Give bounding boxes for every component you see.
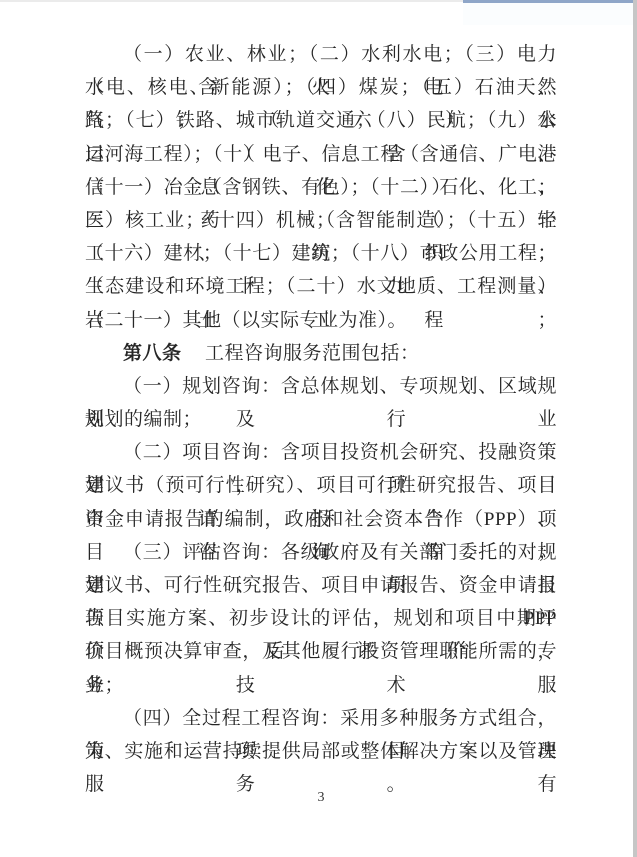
text-line: 资金申请报告的编制，政府和社会资本合作（PPP）项目咨询等；	[85, 503, 557, 536]
text-line: （四）全过程工程咨询：采用多种服务方式组合，为项目决	[85, 702, 557, 735]
text-line: 水电、核电、新能源）；（四）煤炭；（五）石油天然气；（六）公	[85, 71, 557, 104]
document-page: （一）农业、林业；（二）水利水电；（三）电力（含火电、水电、核电、新能源）；（四…	[0, 0, 637, 857]
text-line: 生态建设和环境工程；（二十）水文地质、工程测量、岩土工程；	[85, 270, 557, 303]
text-line: （十六）建材；（十七）建筑；（十八）市政公用工程；（十九）	[85, 237, 557, 270]
article-number: 第八条	[123, 343, 182, 364]
text-line: 口河海工程）；（十）电子、信息工程（含通信、广电、信息化）；	[85, 138, 557, 171]
text-line: 三）核工业；（十四）机械（含智能制造）；（十五）轻工、纺织；	[85, 204, 557, 237]
text-line: 路；（七）铁路、城市轨道交通；（八）民航；（九）水运（含港	[85, 104, 557, 137]
text-line: （三）评估咨询：各级政府及有关部门委托的对规划、项目	[85, 536, 557, 569]
page-number: 3	[85, 790, 557, 806]
text-line: （一）规划咨询：含总体规划、专项规划、区域规划及行业	[85, 370, 557, 403]
text-line: 建议书（预可行性研究）、项目可行性研究报告、项目申请报告、	[85, 469, 557, 502]
text-line: 第八条 工程咨询服务范围包括：	[85, 337, 557, 370]
text-lines: （一）农业、林业；（二）水利水电；（三）电力（含火电、水电、核电、新能源）；（四…	[85, 38, 557, 768]
text-line: （一）农业、林业；（二）水利水电；（三）电力（含火电、	[85, 38, 557, 71]
top-blue-tint-band	[463, 3, 637, 25]
text-line: 项目概预决算审查，及其他履行投资管理职能所需的专业技术服	[85, 635, 557, 668]
page-right-edge	[633, 0, 637, 857]
text-line: 项目实施方案、初步设计的评估，规划和项目中期评价、后评价，	[85, 602, 557, 635]
text-line: 建议书、可行性研究报告、项目申请报告、资金申请报告、PPP	[85, 569, 557, 602]
text-line: （十一）冶金（含钢铁、有色）；（十二）石化、化工、医药；（十	[85, 171, 557, 204]
text-line: （二）项目咨询：含项目投资机会研究、投融资策划，项目	[85, 436, 557, 469]
text-line: 策、实施和运营持续提供局部或整体解决方案以及管理服务。有	[85, 735, 557, 768]
